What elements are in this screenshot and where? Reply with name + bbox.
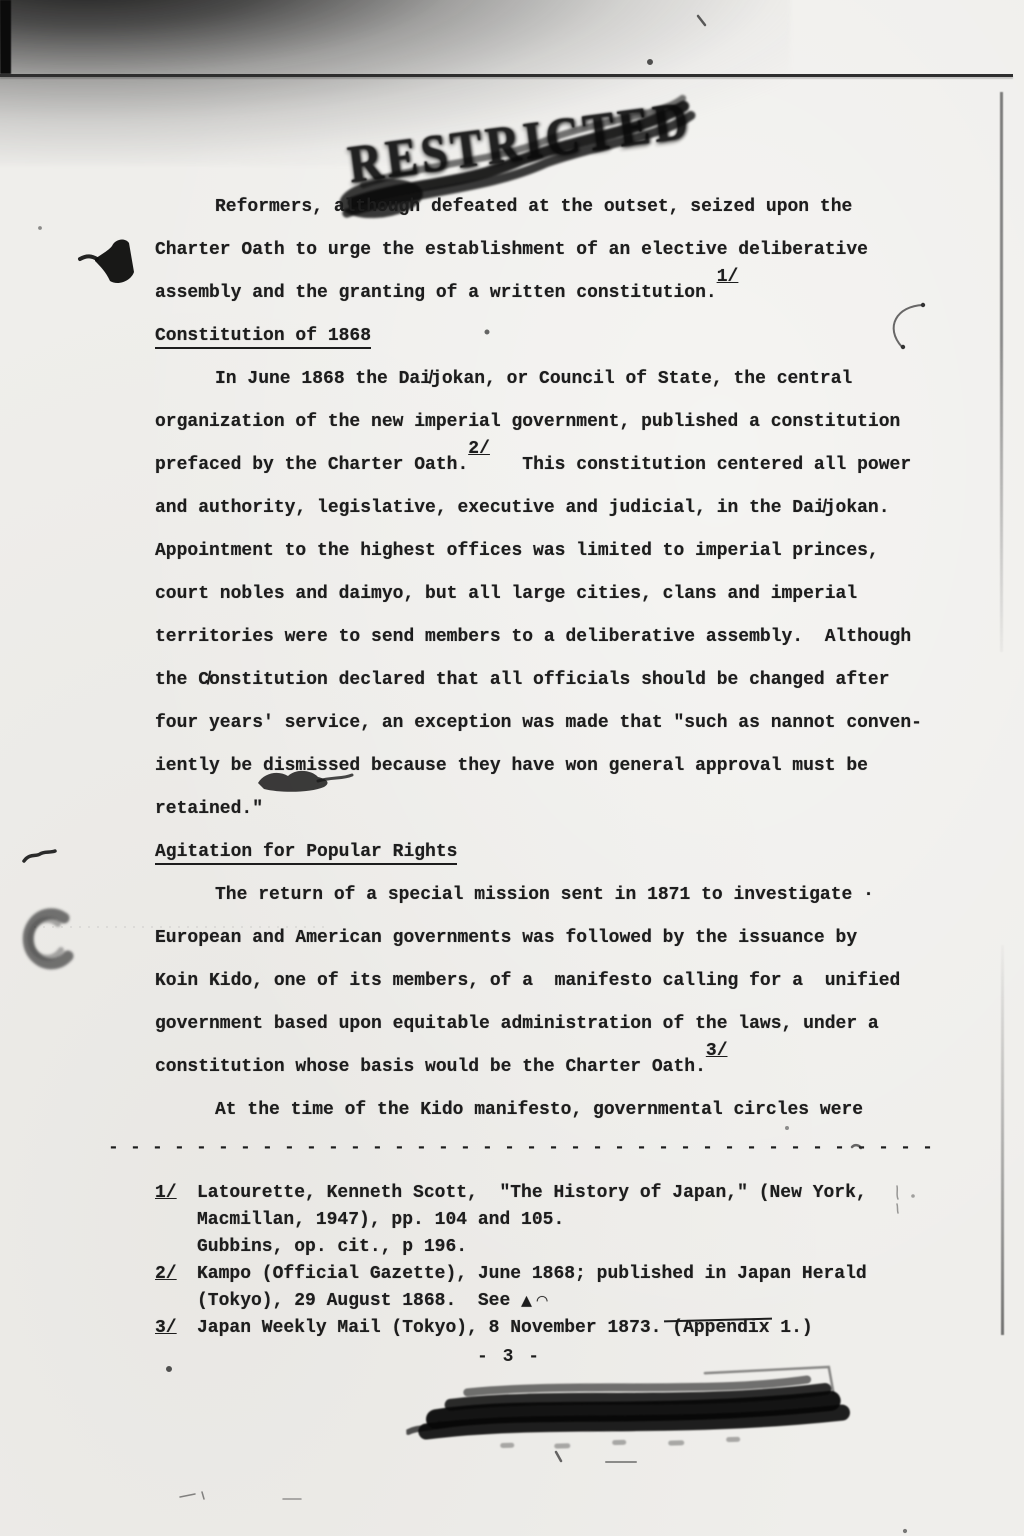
body-line: Koin Kido, one of its members, of a mani…: [155, 960, 965, 1003]
body-line: retained.": [155, 788, 965, 831]
section-heading-text: Constitution of 1868: [155, 326, 371, 349]
text-segment: Koin Kido, one of its members, of a mani…: [155, 971, 900, 991]
text-segment: organization of the new imperial governm…: [155, 412, 900, 432]
body-line: four years' service, an exception was ma…: [155, 702, 965, 745]
footnote-ref-2: 2/: [468, 428, 490, 471]
text-segment: four years' service, an exception was ma…: [155, 713, 922, 733]
scanned-document-page: RESTRICTED Reformers, although defeated …: [0, 0, 1024, 1536]
text-segment: Kampo (Official Gazette), June 1868; pub…: [197, 1264, 867, 1284]
heading-agitation-for-popular-rights: Agitation for Popular Rights: [155, 831, 965, 874]
footnote-text: (Tokyo), 29 August 1868. See ▲ ◠: [197, 1288, 547, 1315]
body-line: court nobles and daimyo, but all large c…: [155, 573, 965, 616]
text-segment: In June 1868 the Dai̸jokan, or Council o…: [215, 369, 852, 389]
footnote-line: 1/Latourette, Kenneth Scott, "The Histor…: [155, 1180, 965, 1207]
horizontal-rule: [0, 74, 1013, 77]
footnote-text: Kampo (Official Gazette), June 1868; pub…: [197, 1261, 867, 1288]
stamp-scribble-bottom: [405, 1360, 867, 1472]
text-segment: Japan Weekly Mail (Tokyo), 8 November 18…: [197, 1318, 672, 1338]
text-segment: Gubbins, op. cit., p 196.: [197, 1237, 467, 1257]
ink-arrow-blob: [80, 239, 134, 283]
ink-caret-mark: ◠: [532, 1293, 548, 1309]
footnote-line: (Tokyo), 29 August 1868. See ▲ ◠: [155, 1288, 965, 1315]
body-line: territories were to send members to a de…: [155, 616, 965, 659]
text-segment: European and American governments was fo…: [155, 928, 857, 948]
footnote-ref-3: 3/: [706, 1030, 728, 1073]
footnote-number: [155, 1207, 197, 1234]
footnote-line: 3/Japan Weekly Mail (Tokyo), 8 November …: [155, 1315, 965, 1342]
body-line: organization of the new imperial governm…: [155, 401, 965, 444]
body-line: assembly and the granting of a written c…: [155, 272, 965, 315]
heading-constitution-of-1868: Constitution of 1868: [155, 315, 965, 358]
footnote-number: 2/: [155, 1261, 197, 1288]
obliterated-stamp-bottom: [405, 1360, 867, 1472]
footnote-line: Gubbins, op. cit., p 196.: [155, 1234, 965, 1261]
text-segment: Appointment to the highest offices was l…: [155, 541, 879, 561]
body-line: The return of a special mission sent in …: [155, 874, 965, 917]
footnote-number: 1/: [155, 1180, 197, 1207]
footnote-line: Macmillan, 1947), pp. 104 and 105.: [155, 1207, 965, 1234]
text-segment: and authority, legislative, executive an…: [155, 498, 890, 518]
text-segment: At the time of the Kido manifesto, gover…: [215, 1100, 863, 1120]
body-line: government based upon equitable administ…: [155, 1003, 965, 1046]
text-segment: Reformers, although defeated at the outs…: [215, 197, 852, 217]
footnote-line: 2/Kampo (Official Gazette), June 1868; p…: [155, 1261, 965, 1288]
ink-blob-mark: ▲: [521, 1293, 532, 1309]
body-line: In June 1868 the Dai̸jokan, or Council o…: [155, 358, 965, 401]
ink-squiggle: [24, 851, 55, 861]
text-segment: retained.": [155, 799, 263, 819]
text-segment: Latourette, Kenneth Scott, "The History …: [197, 1183, 867, 1203]
text-segment: the C̸onstitution declared that all offi…: [155, 670, 890, 690]
text-segment: territories were to send members to a de…: [155, 627, 911, 647]
ink-crescent-smudge: [28, 914, 68, 964]
page-number: - 3 -: [477, 1342, 541, 1372]
section-heading-text: Agitation for Popular Rights: [155, 842, 457, 865]
body-line: prefaced by the Charter Oath.2/ This con…: [155, 444, 965, 487]
footnote-text: Macmillan, 1947), pp. 104 and 105.: [197, 1207, 564, 1234]
text-segment: (Tokyo), 29 August 1868. See: [197, 1291, 521, 1311]
text-segment: court nobles and daimyo, but all large c…: [155, 584, 857, 604]
body-line: and authority, legislative, executive an…: [155, 487, 965, 530]
footnotes: 1/Latourette, Kenneth Scott, "The Histor…: [155, 1180, 965, 1342]
page-edge-shadow: [1000, 92, 1003, 652]
body-line: iently be dismissed because they have wo…: [155, 745, 965, 788]
body-line: the C̸onstitution declared that all offi…: [155, 659, 965, 702]
body-line: At the time of the Kido manifesto, gover…: [155, 1089, 965, 1132]
text-segment: constitution whose basis would be the Ch…: [155, 1057, 706, 1077]
body-line: constitution whose basis would be the Ch…: [155, 1046, 965, 1089]
body-line: Charter Oath to urge the establishment o…: [155, 229, 965, 272]
page-edge-shadow: [1001, 945, 1004, 1335]
text-segment: Macmillan, 1947), pp. 104 and 105.: [197, 1210, 564, 1230]
document-body: Reformers, although defeated at the outs…: [155, 186, 965, 1132]
body-line: Reformers, although defeated at the outs…: [155, 186, 965, 229]
body-line: Appointment to the highest offices was l…: [155, 530, 965, 573]
footnote-text: Gubbins, op. cit., p 196.: [197, 1234, 467, 1261]
footnote-separator-dashes: - - - - - - - - - - - - - - - - - - - - …: [108, 1127, 968, 1170]
text-segment: prefaced by the Charter Oath.: [155, 455, 468, 475]
footnote-number: 3/: [155, 1315, 197, 1342]
footnote-text: Latourette, Kenneth Scott, "The History …: [197, 1180, 867, 1207]
body-line: European and American governments was fo…: [155, 917, 965, 960]
text-segment: This constitution centered all power: [490, 455, 911, 475]
text-segment: Charter Oath to urge the establishment o…: [155, 240, 868, 260]
footnote-text: Japan Weekly Mail (Tokyo), 8 November 18…: [197, 1315, 813, 1342]
text-segment: government based upon equitable administ…: [155, 1014, 879, 1034]
text-segment: iently be dismissed because they have wo…: [155, 756, 868, 776]
footnote-number: [155, 1234, 197, 1261]
appendix-reference: (Appendix 1.): [672, 1318, 812, 1338]
text-segment: assembly and the granting of a written c…: [155, 283, 717, 303]
footnote-number: [155, 1288, 197, 1315]
footnote-ref-1: 1/: [717, 256, 739, 299]
text-segment: The return of a special mission sent in …: [215, 885, 874, 905]
scan-edge-mark: [0, 0, 11, 74]
